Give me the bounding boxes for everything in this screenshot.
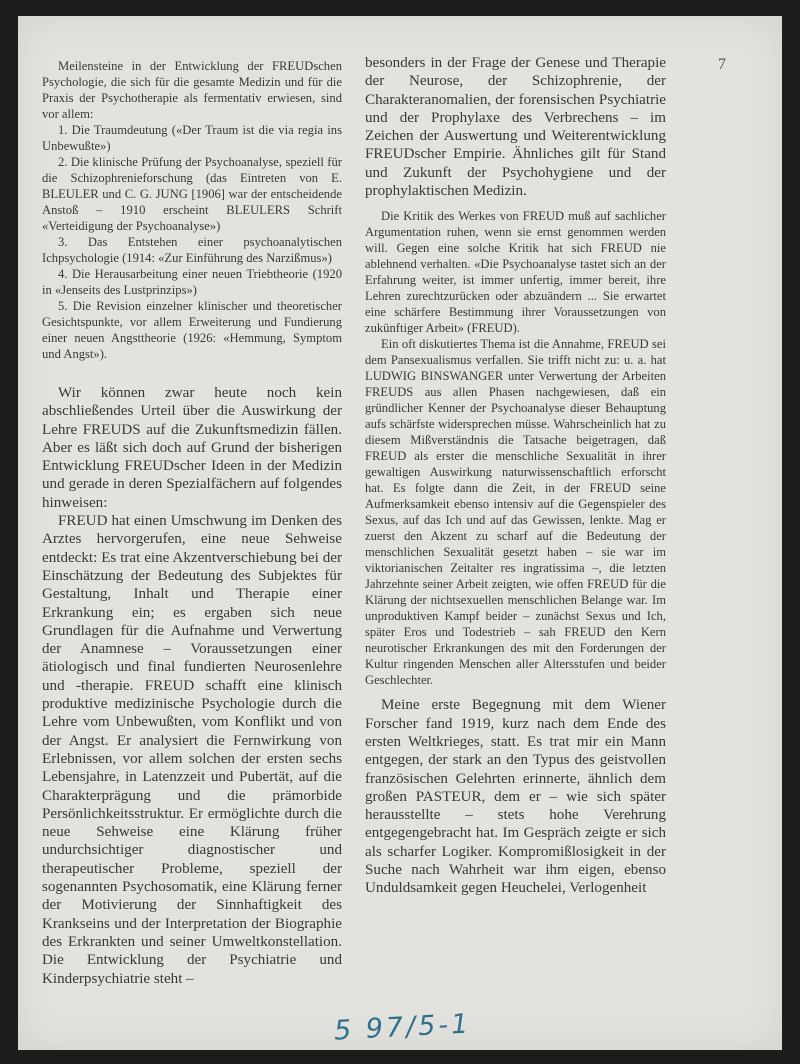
body-paragraph: besonders in der Frage der Genese und Th… [365, 54, 666, 200]
milestone-item: 2. Die klinische Prüfung der Psychoanaly… [42, 154, 342, 234]
milestone-item: 3. Das Entstehen einer psychoanalytische… [42, 234, 342, 266]
body-paragraph: Ein oft diskutiertes Thema ist die Annah… [365, 336, 666, 688]
body-paragraph: Meine erste Begegnung mit dem Wiener For… [365, 696, 666, 897]
page-number: 7 [718, 56, 726, 74]
body-paragraph: Wir können zwar heute noch kein abschlie… [42, 384, 342, 512]
left-column: Meilensteine in der Entwicklung der FREU… [42, 58, 342, 988]
milestone-item: 4. Die Herausarbeitung einer neuen Trieb… [42, 266, 342, 298]
milestones-intro: Meilensteine in der Entwicklung der FREU… [42, 58, 342, 122]
body-paragraph: FREUD hat einen Umschwung im Denken des … [42, 512, 342, 988]
milestone-item: 1. Die Traumdeutung («Der Traum ist die … [42, 122, 342, 154]
book-page: 7 Meilensteine in der Entwicklung der FR… [18, 16, 782, 1050]
handwritten-archive-note: 5 97/5-1 [333, 1008, 472, 1046]
milestone-item: 5. Die Revision einzelner klinischer und… [42, 298, 342, 362]
body-paragraph: Die Kritik des Werkes von FREUD muß auf … [365, 208, 666, 336]
right-column: besonders in der Frage der Genese und Th… [365, 54, 666, 898]
